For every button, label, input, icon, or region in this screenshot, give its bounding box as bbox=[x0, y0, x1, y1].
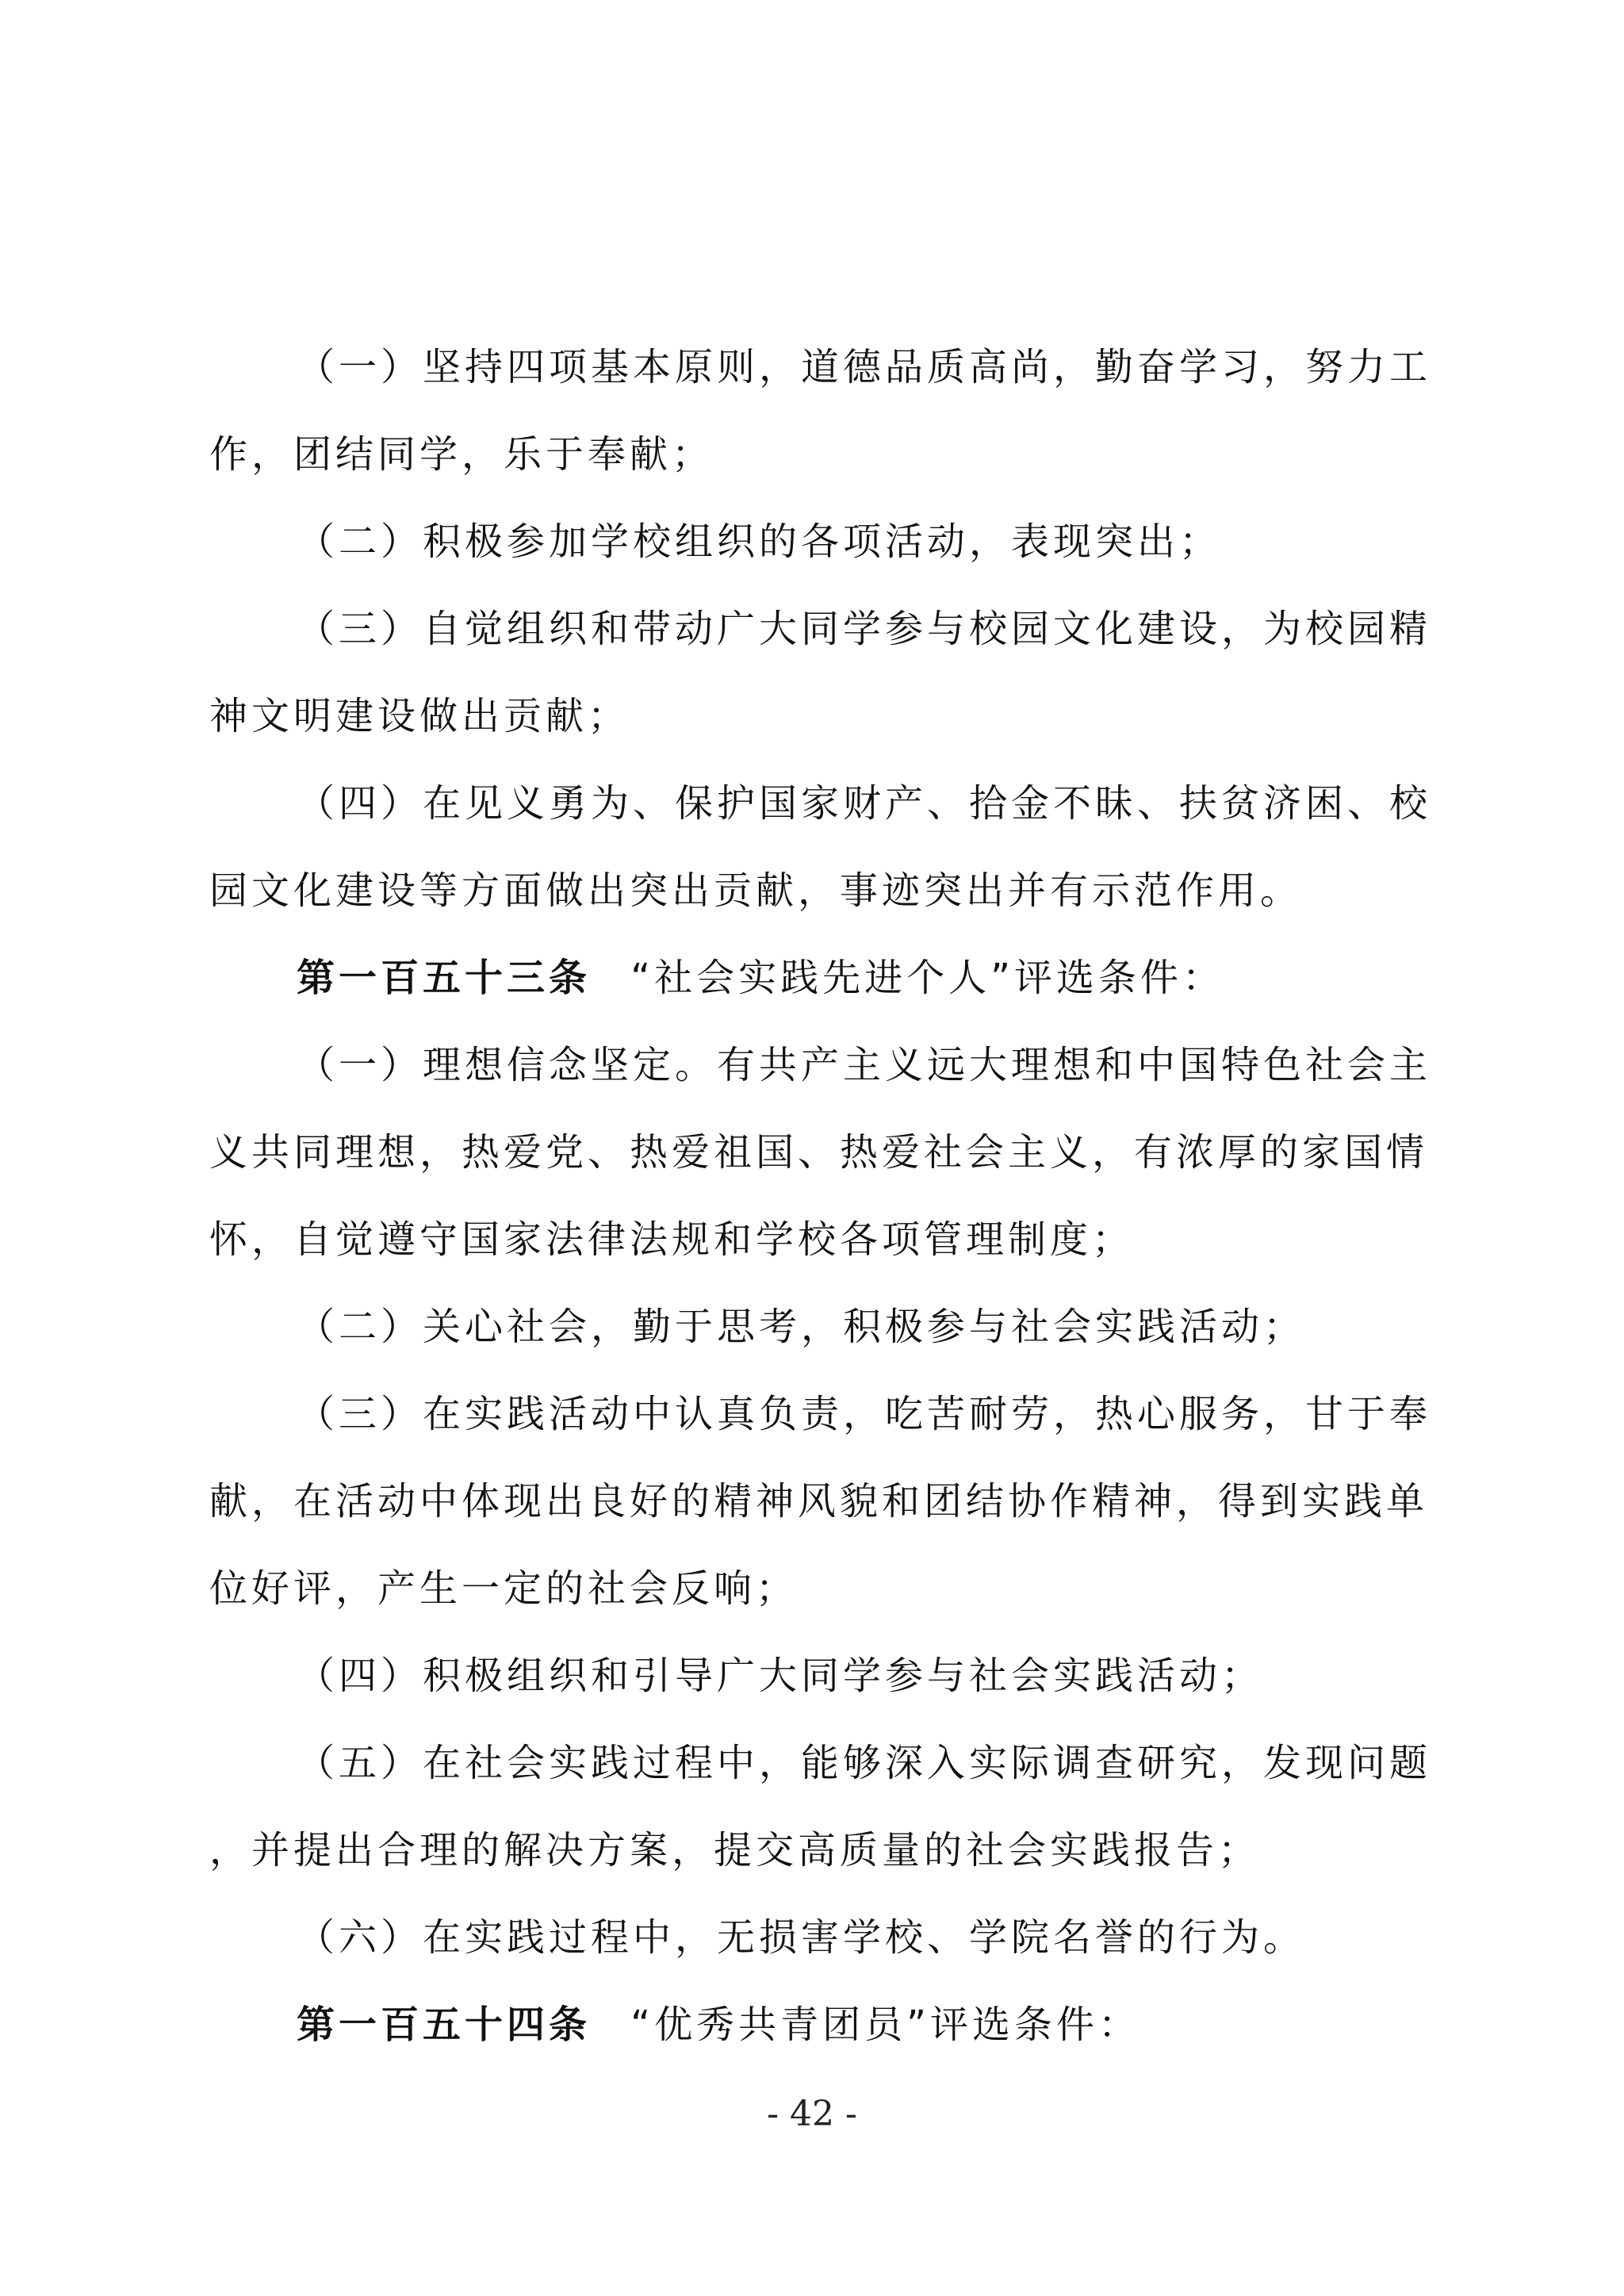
paragraph-line: 位好评，产生一定的社会反响； bbox=[209, 1545, 1431, 1632]
article-154-heading-line: 第一百五十四条 “优秀共青团员”评选条件： bbox=[209, 1981, 1431, 2068]
paragraph-line: （二）关心社会，勤于思考，积极参与社会实践活动； bbox=[209, 1283, 1431, 1370]
paragraph-line: （六）在实践过程中，无损害学校、学院名誉的行为。 bbox=[209, 1894, 1431, 1981]
paragraph-line: （五）在社会实践过程中，能够深入实际调查研究，发现问题 bbox=[209, 1719, 1431, 1807]
paragraph-line: 义共同理想，热爱党、热爱祖国、热爱社会主义，有浓厚的家国情 bbox=[209, 1109, 1431, 1196]
paragraph-line: （四）在见义勇为、保护国家财产、拾金不昧、扶贫济困、校 bbox=[209, 760, 1431, 847]
paragraph-line: （三）自觉组织和带动广大同学参与校园文化建设，为校园精 bbox=[209, 585, 1431, 673]
article-number: 第一百五十四条 bbox=[297, 2003, 591, 2047]
paragraph-line: 神文明建设做出贡献； bbox=[209, 673, 1431, 760]
paragraph-line: （四）积极组织和引导广大同学参与社会实践活动； bbox=[209, 1632, 1431, 1719]
paragraph-line: 怀，自觉遵守国家法律法规和学校各项管理制度； bbox=[209, 1196, 1431, 1283]
article-number: 第一百五十三条 bbox=[297, 956, 591, 1000]
article-title: “社会实践先进个人”评选条件： bbox=[630, 956, 1224, 1000]
paragraph-line: ，并提出合理的解决方案，提交高质量的社会实践报告； bbox=[209, 1807, 1431, 1894]
paragraph-line: （二）积极参加学校组织的各项活动，表现突出； bbox=[209, 498, 1431, 585]
paragraph-line: （一）坚持四项基本原则，道德品质高尚，勤奋学习，努力工 bbox=[209, 324, 1431, 411]
paragraph-line: 园文化建设等方面做出突出贡献，事迹突出并有示范作用。 bbox=[209, 847, 1431, 934]
paragraph-line: （三）在实践活动中认真负责，吃苦耐劳，热心服务，甘于奉 bbox=[209, 1370, 1431, 1458]
page-number: - 42 - bbox=[0, 2094, 1624, 2134]
document-page: （一）坚持四项基本原则，道德品质高尚，勤奋学习，努力工 作，团结同学，乐于奉献；… bbox=[0, 0, 1624, 2296]
paragraph-line: 作，团结同学，乐于奉献； bbox=[209, 411, 1431, 498]
paragraph-line: 献，在活动中体现出良好的精神风貌和团结协作精神，得到实践单 bbox=[209, 1458, 1431, 1545]
paragraph-line: （一）理想信念坚定。有共产主义远大理想和中国特色社会主 bbox=[209, 1022, 1431, 1109]
article-title: “优秀共青团员”评选条件： bbox=[630, 2003, 1140, 2047]
article-153-heading-line: 第一百五十三条 “社会实践先进个人”评选条件： bbox=[209, 934, 1431, 1022]
document-body: （一）坚持四项基本原则，道德品质高尚，勤奋学习，努力工 作，团结同学，乐于奉献；… bbox=[209, 324, 1431, 2068]
